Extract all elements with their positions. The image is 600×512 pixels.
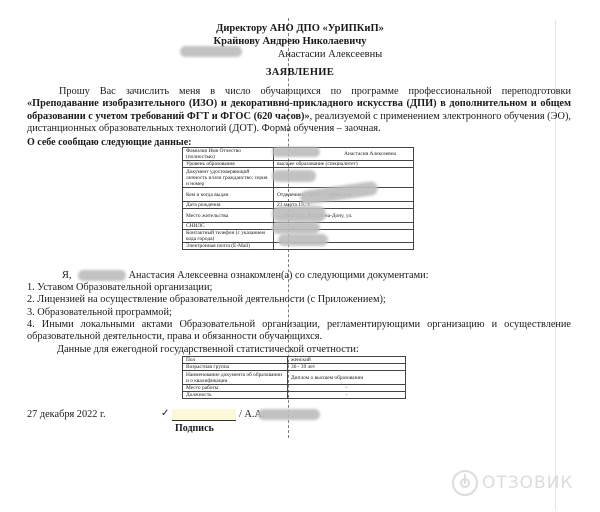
table-value: Диплом о высшем образовании	[288, 371, 406, 385]
table-row: Полженский	[183, 357, 406, 364]
addressee-line-2: Крайнову Андрею Николаевичу	[0, 35, 590, 48]
redaction	[272, 147, 320, 157]
table-key: Контактный телефон (с указанием кода гор…	[183, 230, 274, 243]
table-value: женский	[288, 357, 406, 364]
redaction	[272, 222, 320, 234]
request-text-start: Прошу Вас зачислить меня в число обучающ…	[59, 86, 571, 97]
table-key: Место жительства	[183, 209, 274, 223]
watermark-text: ОТЗОВИК	[482, 473, 574, 493]
table-key: Возрастная группа	[183, 364, 288, 371]
applicant-name-line: Анастасии Алексеевны	[30, 48, 600, 61]
table-value: -	[288, 392, 406, 399]
table-key: Документ удостоверяющий личность и/или г…	[183, 168, 274, 188]
table-key: СНИЛС	[183, 223, 274, 230]
table-key: Место работы	[183, 385, 288, 392]
table-key: Электронная почта (E-Mail)	[183, 243, 274, 250]
table-key: Кем и когда выдан	[183, 188, 274, 202]
table-row: Наименование документа об образовании и …	[183, 371, 406, 385]
table-value: -	[288, 385, 406, 392]
document-list-item: 1. Уставом Образовательной организации;	[27, 282, 571, 294]
checkmark-icon: ✓	[161, 408, 169, 419]
lead-prefix: Я,	[62, 270, 71, 281]
table-key: Наименование документа об образовании и …	[183, 371, 288, 385]
table-row: Возрастная группа30 - 39 лет	[183, 364, 406, 371]
table-key: Дата рождения	[183, 202, 274, 209]
addressee-line-1: Директору АНО ДПО «УрИПКиП»	[0, 22, 600, 35]
statistics-label: Данные для ежегодной государственной ста…	[57, 344, 359, 355]
table-key: Уровень образования	[183, 161, 274, 168]
statistics-table: Полженский Возрастная группа30 - 39 лет …	[182, 356, 406, 399]
otzovik-watermark: ОТЗОВИК	[452, 470, 574, 496]
redaction	[278, 234, 328, 246]
document-list-item: 3. Образовательной программой;	[27, 307, 571, 319]
table-value: 30 - 39 лет	[288, 364, 406, 371]
signature-field[interactable]	[172, 409, 236, 421]
redaction	[258, 409, 320, 420]
redaction	[272, 170, 316, 182]
table-row: Место работы-	[183, 385, 406, 392]
signature-caption: Подпись	[175, 423, 214, 434]
table-key: Фамилия Имя Отчество (полностью)	[183, 148, 274, 161]
table-row: Должность-	[183, 392, 406, 399]
lead-suffix: Анастасия Алексеевна ознакомлен(а) со сл…	[129, 270, 429, 281]
document-date: 27 декабря 2022 г.	[27, 409, 106, 420]
redaction	[180, 46, 242, 57]
request-paragraph: Прошу Вас зачислить меня в число обучающ…	[27, 86, 571, 136]
table-key: Пол	[183, 357, 288, 364]
document-list-item: 2. Лицензией на осуществление образовате…	[27, 294, 571, 306]
table-value: высшее образование (специалитет)	[274, 161, 414, 168]
table-row: Кем и когда выданОтделением УФМС ... обл…	[183, 188, 414, 202]
document-list-item: 4. Иными локальными актами Образовательн…	[27, 319, 571, 343]
table-key: Должность	[183, 392, 288, 399]
self-info-label: О себе сообщаю следующие данные:	[27, 137, 191, 148]
table-row: Уровень образованиявысшее образование (с…	[183, 161, 414, 168]
redaction	[78, 270, 126, 281]
document-title: ЗАЯВЛЕНИЕ	[0, 67, 600, 78]
redaction	[272, 206, 326, 222]
otzovik-logo-icon	[452, 470, 478, 496]
